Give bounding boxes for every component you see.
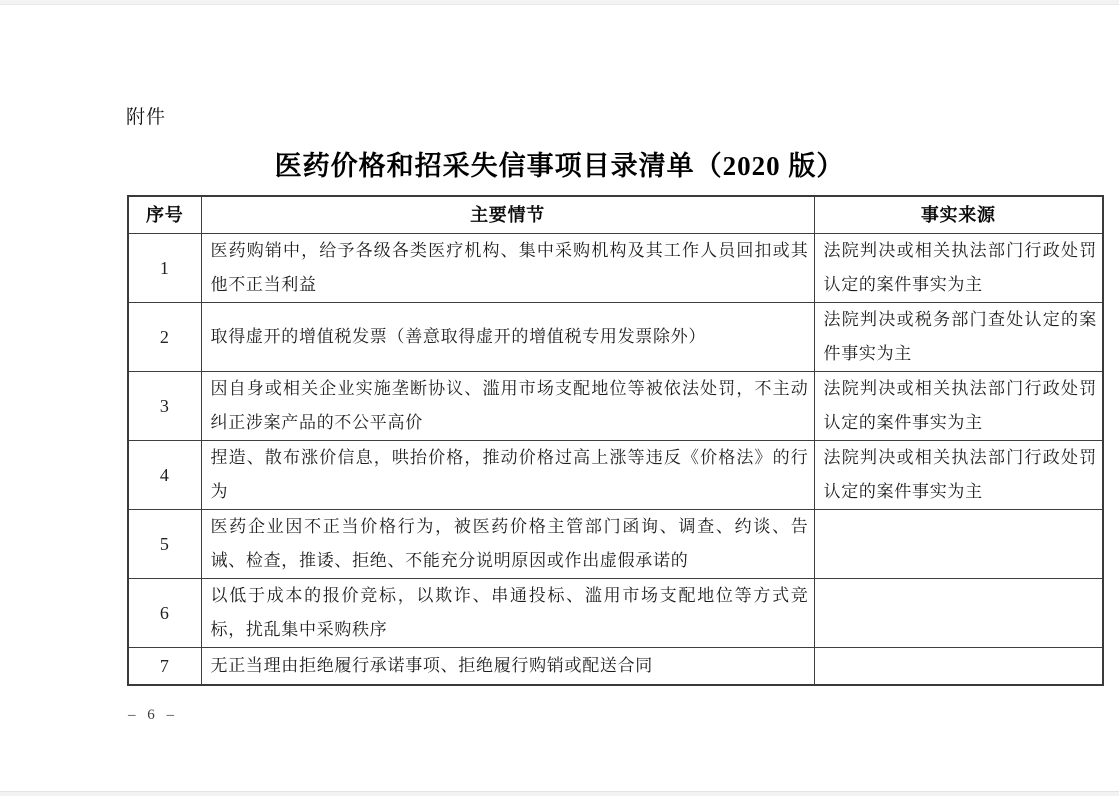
row-source: 法院判决或相关执法部门行政处罚认定的案件事实为主 [814, 371, 1103, 440]
header-row: 序号 主要情节 事实来源 [128, 196, 1103, 233]
row-number: 5 [128, 509, 201, 578]
catalog-table-body: 1医药购销中，给予各级各类医疗机构、集中采购机构及其工作人员回扣或其他不正当利益… [128, 233, 1103, 685]
row-number: 6 [128, 578, 201, 647]
row-source: 法院判决或相关执法部门行政处罚认定的案件事实为主 [814, 233, 1103, 302]
scan-edge-bottom [0, 791, 1119, 796]
row-number: 3 [128, 371, 201, 440]
row-detail: 医药企业因不正当价格行为，被医药价格主管部门函询、调查、约谈、告诫、检查，推诿、… [201, 509, 814, 578]
catalog-table-header: 序号 主要情节 事实来源 [128, 196, 1103, 233]
page-title: 医药价格和招采失信事项目录清单（2020 版） [0, 144, 1119, 183]
table-row: 7无正当理由拒绝履行承诺事项、拒绝履行购销或配送合同 [128, 647, 1103, 685]
col-header-detail: 主要情节 [201, 196, 814, 233]
row-source: 法院判决或税务部门查处认定的案件事实为主 [814, 302, 1103, 371]
row-source [814, 509, 1103, 578]
row-number: 1 [128, 233, 201, 302]
col-header-number: 序号 [128, 196, 201, 233]
row-source [814, 578, 1103, 647]
table-row: 1医药购销中，给予各级各类医疗机构、集中采购机构及其工作人员回扣或其他不正当利益… [128, 233, 1103, 302]
row-number: 7 [128, 647, 201, 685]
document-page: 附件 医药价格和招采失信事项目录清单（2020 版） 序号 主要情节 事实来源 … [0, 0, 1119, 796]
table-row: 5医药企业因不正当价格行为，被医药价格主管部门函询、调查、约谈、告诫、检查，推诿… [128, 509, 1103, 578]
table-row: 2取得虚开的增值税发票（善意取得虚开的增值税专用发票除外）法院判决或税务部门查处… [128, 302, 1103, 371]
row-detail: 无正当理由拒绝履行承诺事项、拒绝履行购销或配送合同 [201, 647, 814, 685]
attachment-label: 附件 [126, 102, 166, 129]
row-source [814, 647, 1103, 685]
table-row: 6以低于成本的报价竞标，以欺诈、串通投标、滥用市场支配地位等方式竞标，扰乱集中采… [128, 578, 1103, 647]
table-row: 3因自身或相关企业实施垄断协议、滥用市场支配地位等被依法处罚，不主动纠正涉案产品… [128, 371, 1103, 440]
row-detail: 取得虚开的增值税发票（善意取得虚开的增值税专用发票除外） [201, 302, 814, 371]
row-number: 4 [128, 440, 201, 509]
page-number: – 6 – [128, 707, 178, 724]
row-source: 法院判决或相关执法部门行政处罚认定的案件事实为主 [814, 440, 1103, 509]
col-header-source: 事实来源 [814, 196, 1103, 233]
row-number: 2 [128, 302, 201, 371]
table-row: 4捏造、散布涨价信息，哄抬价格，推动价格过高上涨等违反《价格法》的行为法院判决或… [128, 440, 1103, 509]
row-detail: 捏造、散布涨价信息，哄抬价格，推动价格过高上涨等违反《价格法》的行为 [201, 440, 814, 509]
row-detail: 医药购销中，给予各级各类医疗机构、集中采购机构及其工作人员回扣或其他不正当利益 [201, 233, 814, 302]
scan-edge-top [0, 0, 1119, 5]
catalog-table: 序号 主要情节 事实来源 1医药购销中，给予各级各类医疗机构、集中采购机构及其工… [127, 195, 1104, 686]
row-detail: 以低于成本的报价竞标，以欺诈、串通投标、滥用市场支配地位等方式竞标，扰乱集中采购… [201, 578, 814, 647]
row-detail: 因自身或相关企业实施垄断协议、滥用市场支配地位等被依法处罚，不主动纠正涉案产品的… [201, 371, 814, 440]
